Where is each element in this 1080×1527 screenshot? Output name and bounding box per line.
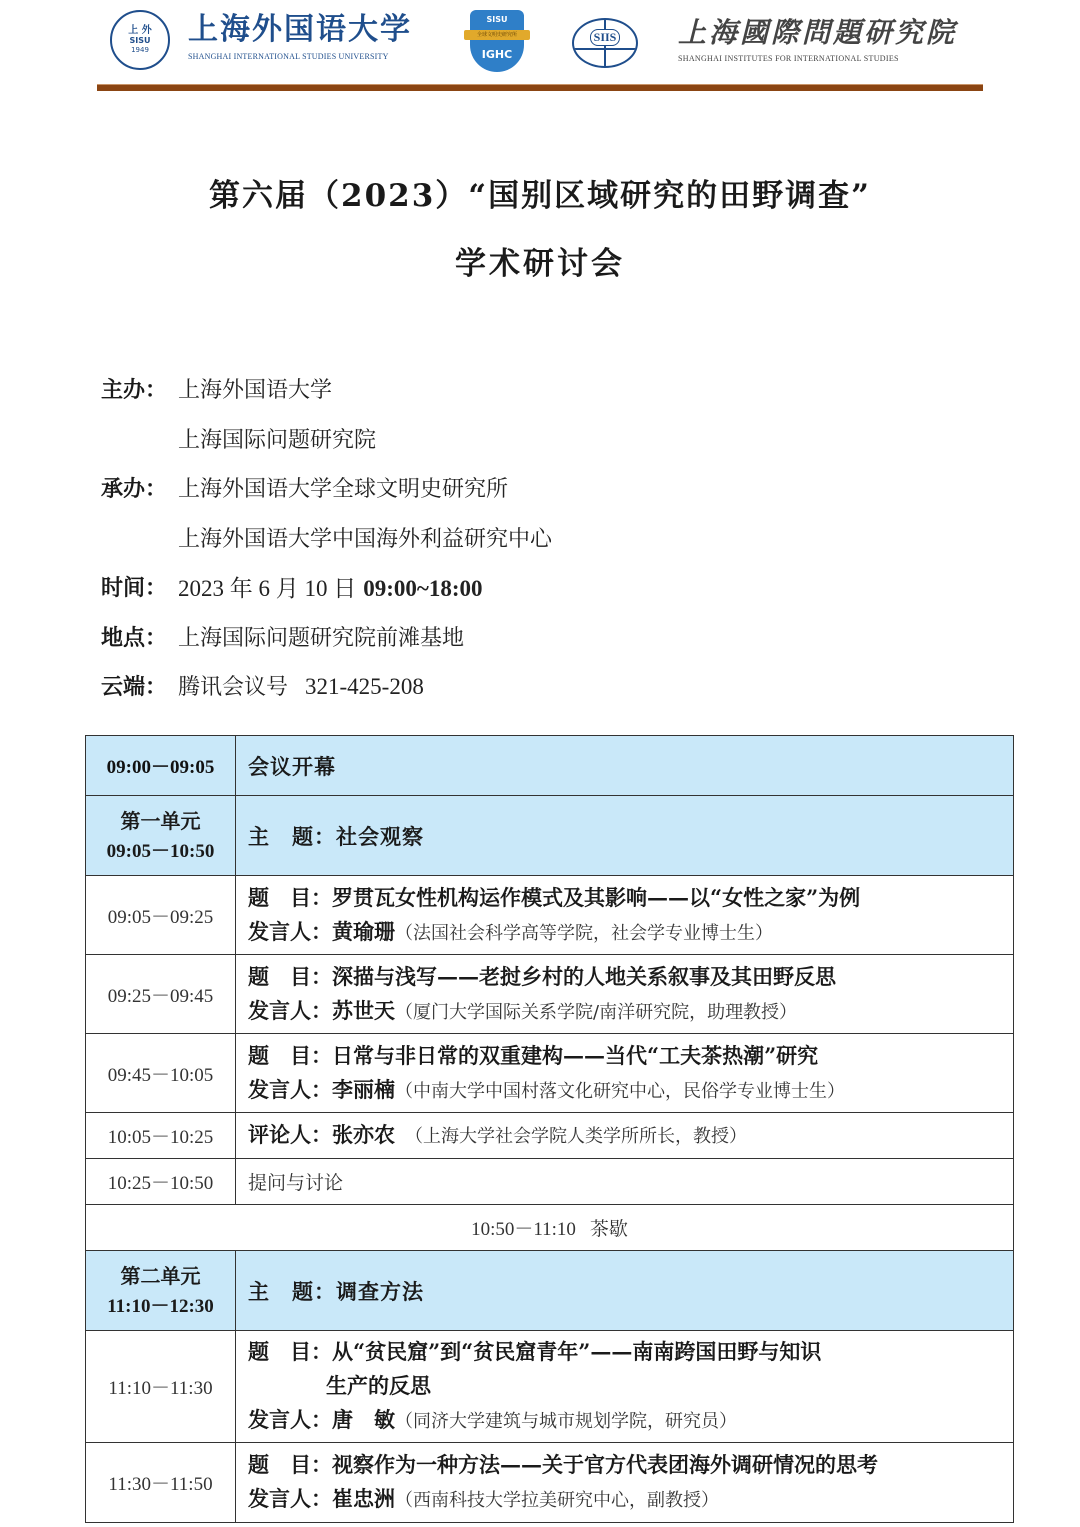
commentator-affiliation: （上海大学社会学院人类学所所长，教授） <box>405 1126 747 1147</box>
talk-row: 09:05－09:25 题 目：罗贯瓦女性机构运作模式及其影响——以“女性之家”… <box>86 876 1014 955</box>
siis-name-en: SHANGHAI INSTITUTES FOR INTERNATIONAL ST… <box>678 54 968 63</box>
title-label: 题 目： <box>248 1043 332 1068</box>
organizer: 上海外国语大学 <box>178 373 332 404</box>
speaker-label: 发言人： <box>248 1407 332 1432</box>
speaker-label: 发言人： <box>248 1486 332 1511</box>
talk-row: 11:10－11:30 题 目：从“贫民窟”到“贫民窟青年”——南南跨国田野与知… <box>86 1331 1014 1443</box>
break-label: 茶歇 <box>590 1218 628 1240</box>
ighc-name: IGHC <box>470 48 524 61</box>
commentator-row: 10:05－10:25 评论人：张亦农（上海大学社会学院人类学所所长，教授） <box>86 1113 1014 1159</box>
opening-label: 会议开幕 <box>248 754 336 779</box>
title-label: 题 目： <box>248 964 332 989</box>
organizers-row-2: 上海国际问题研究院 <box>101 414 801 464</box>
speaker-label: 发言人： <box>248 998 332 1023</box>
unit1-header-row: 第一单元 09:05－10:50 主 题：社会观察 <box>86 796 1014 876</box>
theme: 调查方法 <box>336 1279 424 1304</box>
ighc-top-text: SISU <box>476 15 518 24</box>
venue-label: 地点： <box>101 621 178 652</box>
time-slot: 09:05－09:25 <box>86 876 236 955</box>
time-row: 时间： 2023 年 6 月 10 日 09:00~18:00 <box>101 562 801 612</box>
commentator-name: 张亦农 <box>332 1122 395 1147</box>
time-label: 时间： <box>101 571 178 602</box>
talk-title: 罗贯瓦女性机构运作模式及其影响——以“女性之家”为例 <box>332 885 860 910</box>
meeting-id[interactable]: 321-425-208 <box>305 674 424 699</box>
event-hours: 09:00~18:00 <box>363 576 482 601</box>
speaker-name: 崔忠洲 <box>332 1486 395 1511</box>
discussion-label: 提问与讨论 <box>248 1172 343 1194</box>
speaker-label: 发言人： <box>248 1077 332 1102</box>
letterhead: 上 外 SISU 1949 上海外国语大学 SHANGHAI INTERNATI… <box>96 0 984 92</box>
hosts-row: 承办： 上海外国语大学全球文明史研究所 <box>101 463 801 513</box>
ighc-badge-logo: SISU 全球文明史研究所 IGHC <box>464 10 530 78</box>
seal-year: 1949 <box>131 46 149 55</box>
commentator-label: 评论人： <box>248 1122 332 1147</box>
siis-globe-label: SIIS <box>590 29 621 46</box>
ighc-ribbon: 全球文明史研究所 <box>464 30 530 40</box>
talk-row: 11:30－11:50 题 目：视察作为一种方法——关于官方代表团海外调研情况的… <box>86 1443 1014 1523</box>
event-date: 2023 年 6 月 10 日 <box>178 576 356 601</box>
tea-break-row: 10:50－11:10茶歇 <box>86 1205 1014 1251</box>
organizers-label: 主办： <box>101 373 178 404</box>
schedule-table: 09:00－09:05 会议开幕 第一单元 09:05－10:50 主 题：社会… <box>85 735 1014 1523</box>
opening-row: 09:00－09:05 会议开幕 <box>86 736 1014 796</box>
speaker-label: 发言人： <box>248 919 332 944</box>
speaker-affiliation: （同济大学建筑与城市规划学院，研究员） <box>395 1411 737 1432</box>
event-info: 主办： 上海外国语大学 上海国际问题研究院 承办： 上海外国语大学全球文明史研究… <box>101 364 801 711</box>
host: 上海外国语大学中国海外利益研究中心 <box>178 522 552 553</box>
unit-time: 09:05－10:50 <box>86 837 235 867</box>
talk-row: 09:25－09:45 题 目：深描与浅写——老挝乡村的人地关系叙事及其田野反思… <box>86 955 1014 1034</box>
speaker-affiliation: （法国社会科学高等学院，社会学专业博士生） <box>395 923 773 944</box>
title-label: 题 目： <box>248 885 332 910</box>
sisu-wordmark: 上海外国语大学 SHANGHAI INTERNATIONAL STUDIES U… <box>188 12 418 61</box>
header-divider <box>97 84 983 91</box>
talk-title: 日常与非日常的双重建构——当代“工夫茶热潮”研究 <box>332 1043 818 1068</box>
seal-abbrev: SISU <box>130 36 151 46</box>
siis-wordmark: 上海國際問題研究院 SHANGHAI INSTITUTES FOR INTERN… <box>678 16 968 63</box>
time-slot: 09:00－09:05 <box>86 736 236 796</box>
time-slot: 10:25－10:50 <box>86 1159 236 1205</box>
organizers-row: 主办： 上海外国语大学 <box>101 364 801 414</box>
unit2-header-row: 第二单元 11:10－12:30 主 题：调查方法 <box>86 1251 1014 1331</box>
host: 上海外国语大学全球文明史研究所 <box>178 472 508 503</box>
venue-row: 地点： 上海国际问题研究院前滩基地 <box>101 612 801 662</box>
title-label: 题 目： <box>248 1452 332 1477</box>
online-row: 云端： 腾讯会议号 321-425-208 <box>101 661 801 711</box>
siis-name-cn: 上海國際問題研究院 <box>678 16 968 50</box>
online-label: 云端： <box>101 670 178 701</box>
time-slot: 11:10－11:30 <box>86 1331 236 1443</box>
speaker-affiliation: （厦门大学国际关系学院/南洋研究院，助理教授） <box>395 1002 797 1023</box>
time-slot: 09:45－10:05 <box>86 1034 236 1113</box>
break-time: 10:50－11:10 <box>471 1219 576 1240</box>
title-label: 题 目： <box>248 1339 332 1364</box>
seal-text: 上 外 <box>128 25 151 36</box>
speaker-affiliation: （中南大学中国村落文化研究中心，民俗学专业博士生） <box>395 1081 845 1102</box>
document-title: 第六届（2023）“国别区域研究的田野调查” <box>0 170 1080 215</box>
talk-title: 视察作为一种方法——关于官方代表团海外调研情况的思考 <box>332 1452 878 1477</box>
speaker-name: 苏世天 <box>332 998 395 1023</box>
talk-row: 09:45－10:05 题 目：日常与非日常的双重建构——当代“工夫茶热潮”研究… <box>86 1034 1014 1113</box>
sisu-name-en: SHANGHAI INTERNATIONAL STUDIES UNIVERSIT… <box>188 52 418 61</box>
time-slot: 09:25－09:45 <box>86 955 236 1034</box>
theme: 社会观察 <box>336 824 424 849</box>
discussion-row: 10:25－10:50 提问与讨论 <box>86 1159 1014 1205</box>
sisu-seal-logo: 上 外 SISU 1949 <box>110 10 170 70</box>
siis-globe-logo: SIIS <box>572 18 638 68</box>
speaker-name: 唐 敏 <box>332 1407 395 1432</box>
time-slot: 10:05－10:25 <box>86 1113 236 1159</box>
unit-name: 第一单元 <box>86 805 235 837</box>
speaker-name: 李丽楠 <box>332 1077 395 1102</box>
talk-title: 深描与浅写——老挝乡村的人地关系叙事及其田野反思 <box>332 964 836 989</box>
speaker-affiliation: （西南科技大学拉美研究中心，副教授） <box>395 1490 719 1511</box>
talk-title-continued: 生产的反思 <box>326 1373 431 1398</box>
unit-name: 第二单元 <box>86 1260 235 1292</box>
unit-time: 11:10－12:30 <box>86 1292 235 1322</box>
online-platform: 腾讯会议号 <box>178 675 288 700</box>
hosts-label: 承办： <box>101 472 178 503</box>
speaker-name: 黄瑜珊 <box>332 919 395 944</box>
document-subtitle: 学术研讨会 <box>0 238 1080 283</box>
theme-label: 主 题： <box>248 1279 336 1304</box>
hosts-row-2: 上海外国语大学中国海外利益研究中心 <box>101 513 801 563</box>
venue: 上海国际问题研究院前滩基地 <box>178 621 464 652</box>
time-slot: 11:30－11:50 <box>86 1443 236 1523</box>
theme-label: 主 题： <box>248 824 336 849</box>
organizer: 上海国际问题研究院 <box>178 423 376 454</box>
sisu-name-cn: 上海外国语大学 <box>188 12 418 48</box>
talk-title: 从“贫民窟”到“贫民窟青年”——南南跨国田野与知识 <box>332 1339 821 1364</box>
